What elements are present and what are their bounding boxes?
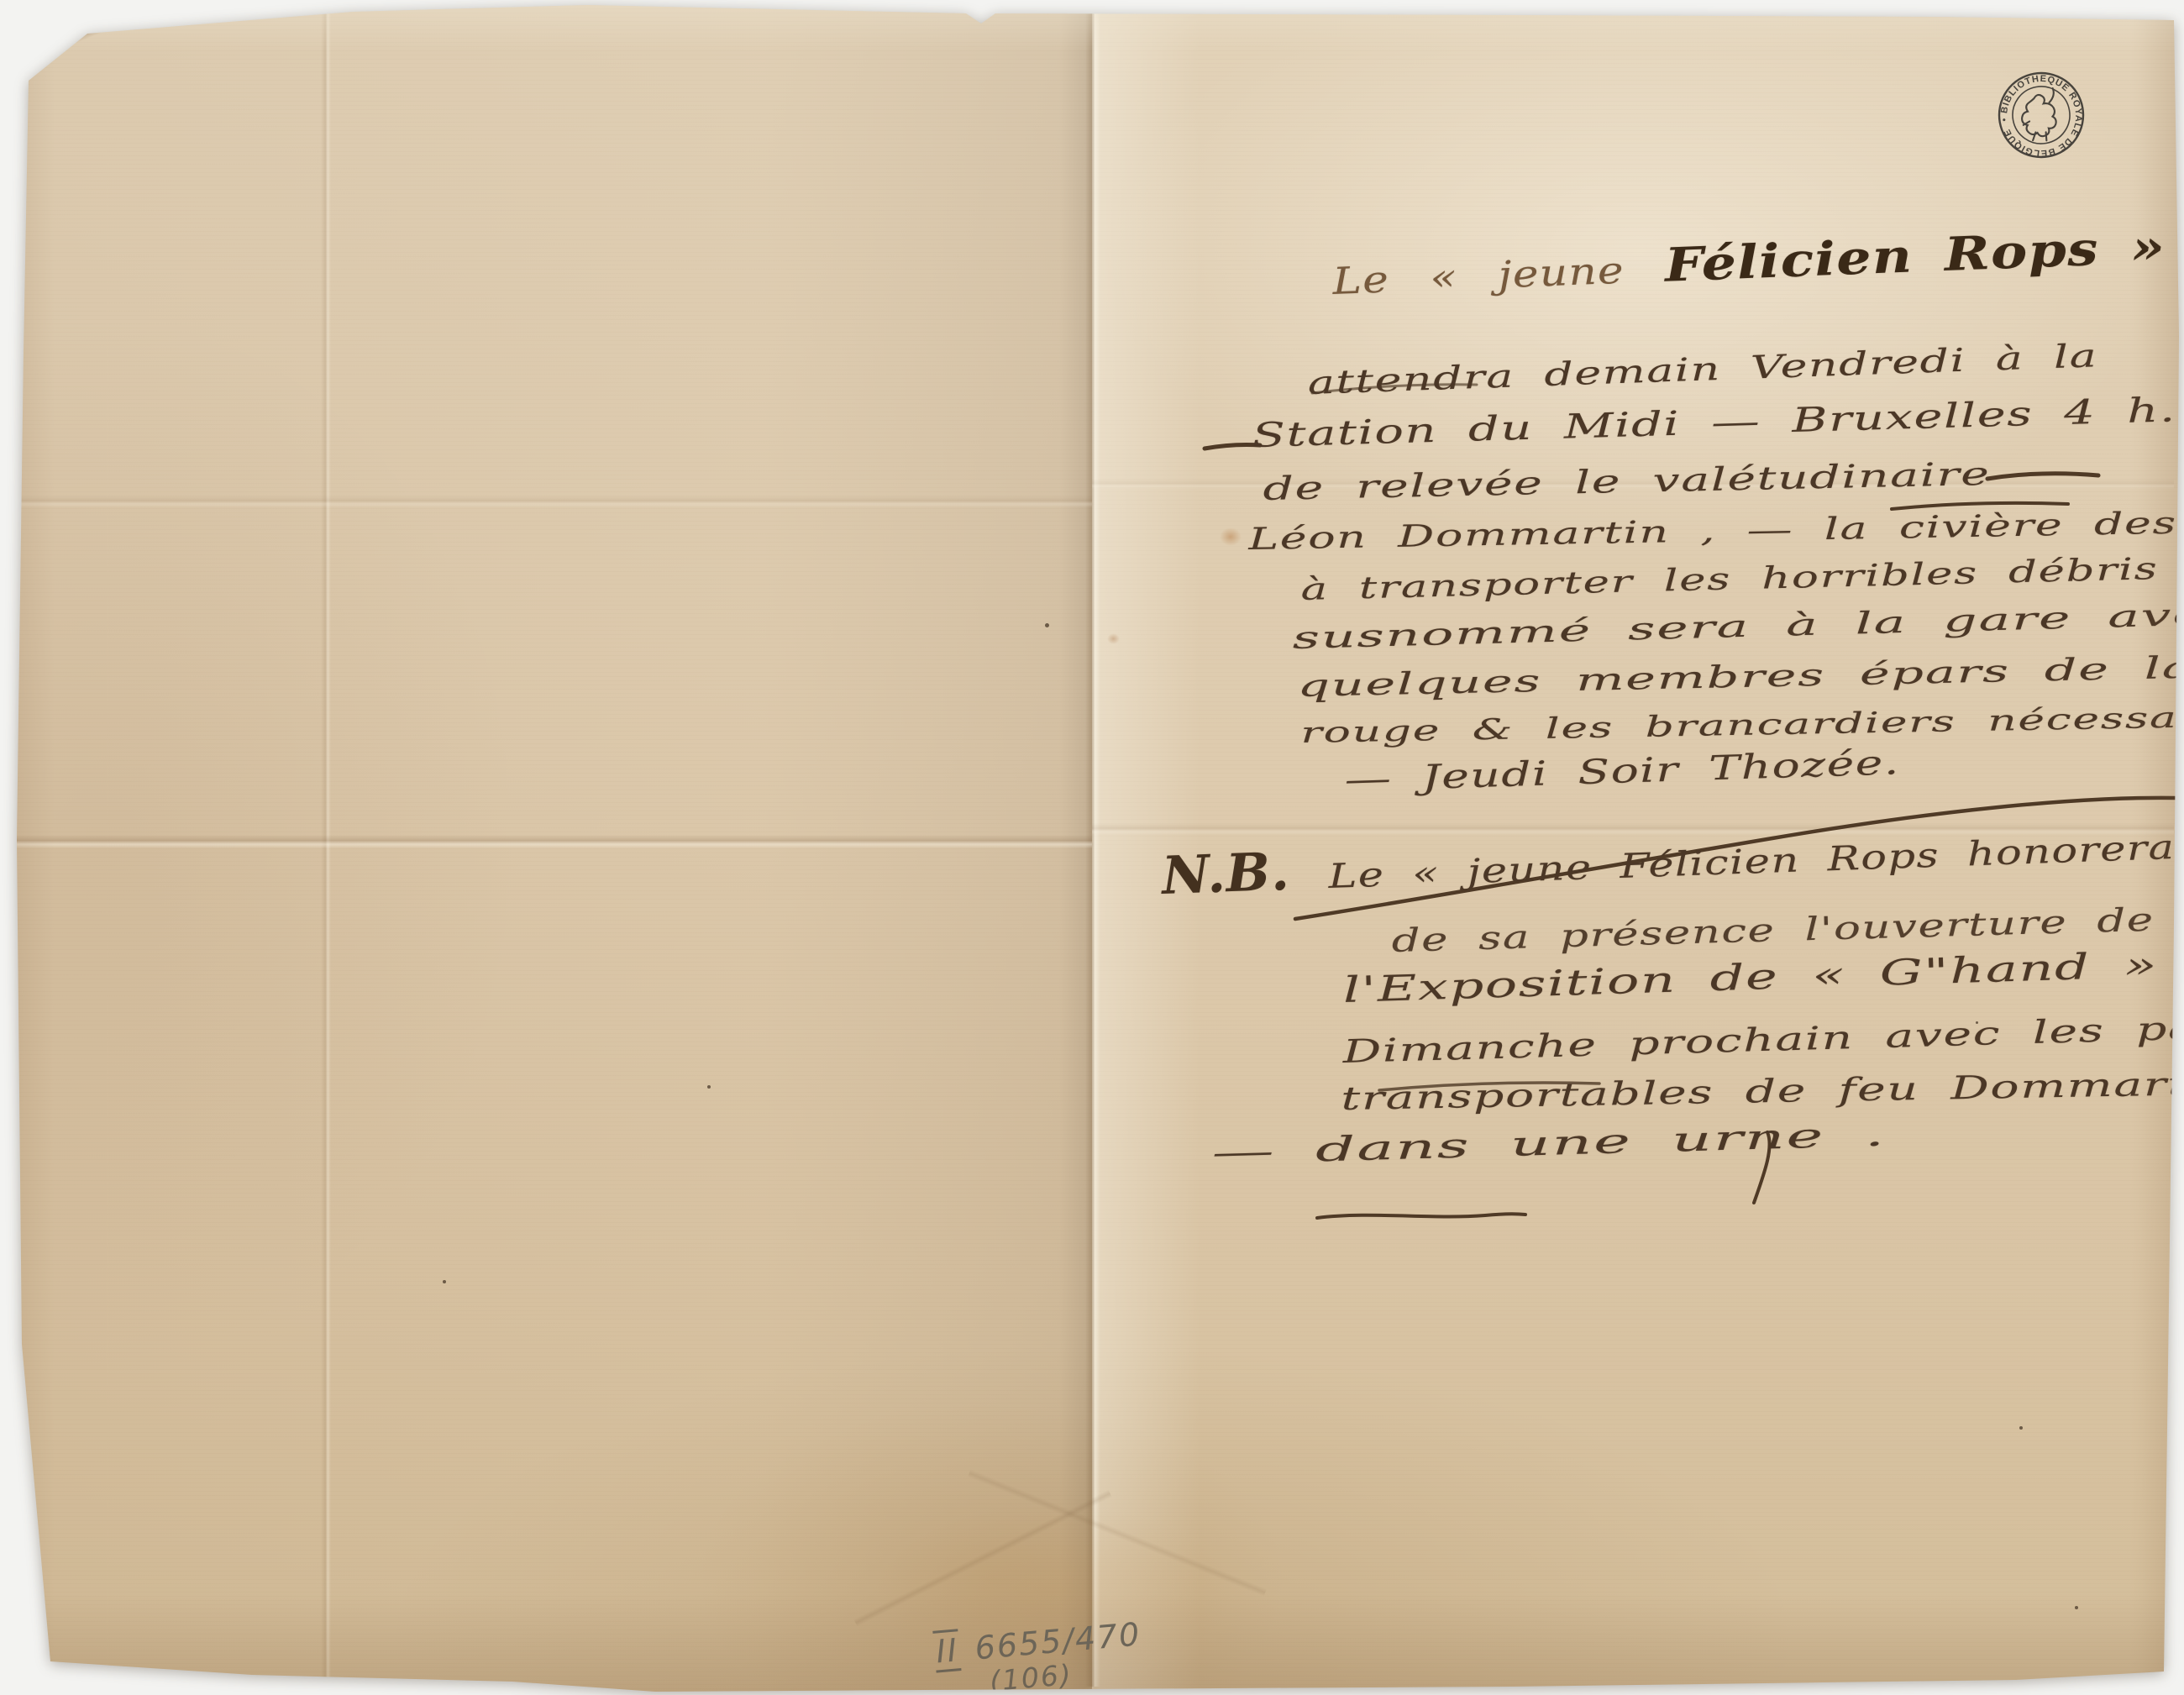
scanned-letter-document: Le « jeune Félicien Rops » attendra dema… (0, 0, 2184, 1695)
paper-shadow-wrap: Le « jeune Félicien Rops » attendra dema… (0, 0, 2184, 1695)
letter-paper: Le « jeune Félicien Rops » attendra dema… (0, 0, 2184, 1695)
paper-edge-vignette (0, 0, 2184, 1695)
